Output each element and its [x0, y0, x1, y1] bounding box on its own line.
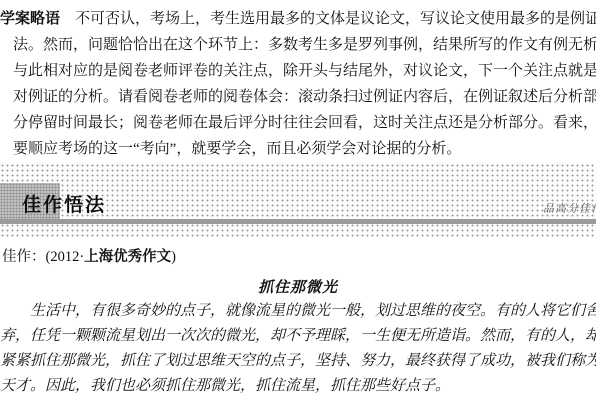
intro-lines-rest: 法。然而，问题恰恰出在这个环节上：多数考生多是罗列事例，结果所写的作文有例无析。…	[0, 32, 596, 162]
banner-divider-bar	[0, 219, 596, 224]
text-line: 要顺应考场的这一“考向”，就要学会，而且必须学会对论据的分析。	[0, 136, 596, 162]
text-line: 生活中，有很多奇妙的点子，就像流星的微光一般，划过思维的夜空。有的人将它们舍	[0, 299, 596, 324]
essay-title: 抓住那微光	[0, 276, 596, 297]
banner-title: 佳作悟法	[22, 190, 106, 217]
intro-line-text: 不可否认，考场上，考生选用最多的文体是议论文，写议论文使用最多的是例证	[75, 11, 596, 27]
essay-source-prefix: 佳作：(2012·	[2, 249, 84, 265]
intro-label: 学案略语	[0, 10, 60, 27]
text-line: 分停留时间最长；阅卷老师在最后评分时往往会回看，这时关注点还是分析部分。看来，	[0, 110, 596, 136]
intro-line: 学案略语不可否认，考场上，考生选用最多的文体是议论文，写议论文使用最多的是例证	[0, 6, 596, 32]
banner-tagline: 品高分佳作	[543, 200, 596, 216]
text-line: 紧紧抓住那微光，抓住了划过思维天空的点子，坚持、努力，最终获得了成功，被我们称为	[0, 349, 596, 374]
text-line: 与此相对应的是阅卷老师评卷的关注点，除开头与结尾外，对议论文，下一个关注点就是	[0, 58, 596, 84]
text-line: 天才。因此，我们也必须抓住那微光，抓住流星，抓住那些好点子。	[0, 374, 596, 399]
section-banner: 佳作悟法 品高分佳作	[0, 163, 596, 237]
essay-source-suffix: )	[171, 249, 176, 265]
textbook-page: 学案略语不可否认，考场上，考生选用最多的文体是议论文，写议论文使用最多的是例证 …	[0, 0, 596, 402]
essay-body: 生活中，有很多奇妙的点子，就像流星的微光一般，划过思维的夜空。有的人将它们舍弃，…	[0, 299, 596, 399]
essay-source-line: 佳作：(2012·上海优秀作文)	[2, 245, 176, 266]
text-line: 弃，任凭一颗颗流星划出一次次的微光，却不予理睬，一生便无所造诣。然而，有的人，却	[0, 324, 596, 349]
text-line: 对例证的分析。请看阅卷老师的阅卷体会：滚动条扫过例证内容后，在例证叙述后分析部	[0, 84, 596, 110]
text-line: 法。然而，问题恰恰出在这个环节上：多数考生多是罗列事例，结果所写的作文有例无析。	[0, 32, 596, 58]
intro-paragraph: 学案略语不可否认，考场上，考生选用最多的文体是议论文，写议论文使用最多的是例证 …	[0, 6, 596, 162]
essay-source-name: 上海优秀作文	[84, 249, 171, 265]
